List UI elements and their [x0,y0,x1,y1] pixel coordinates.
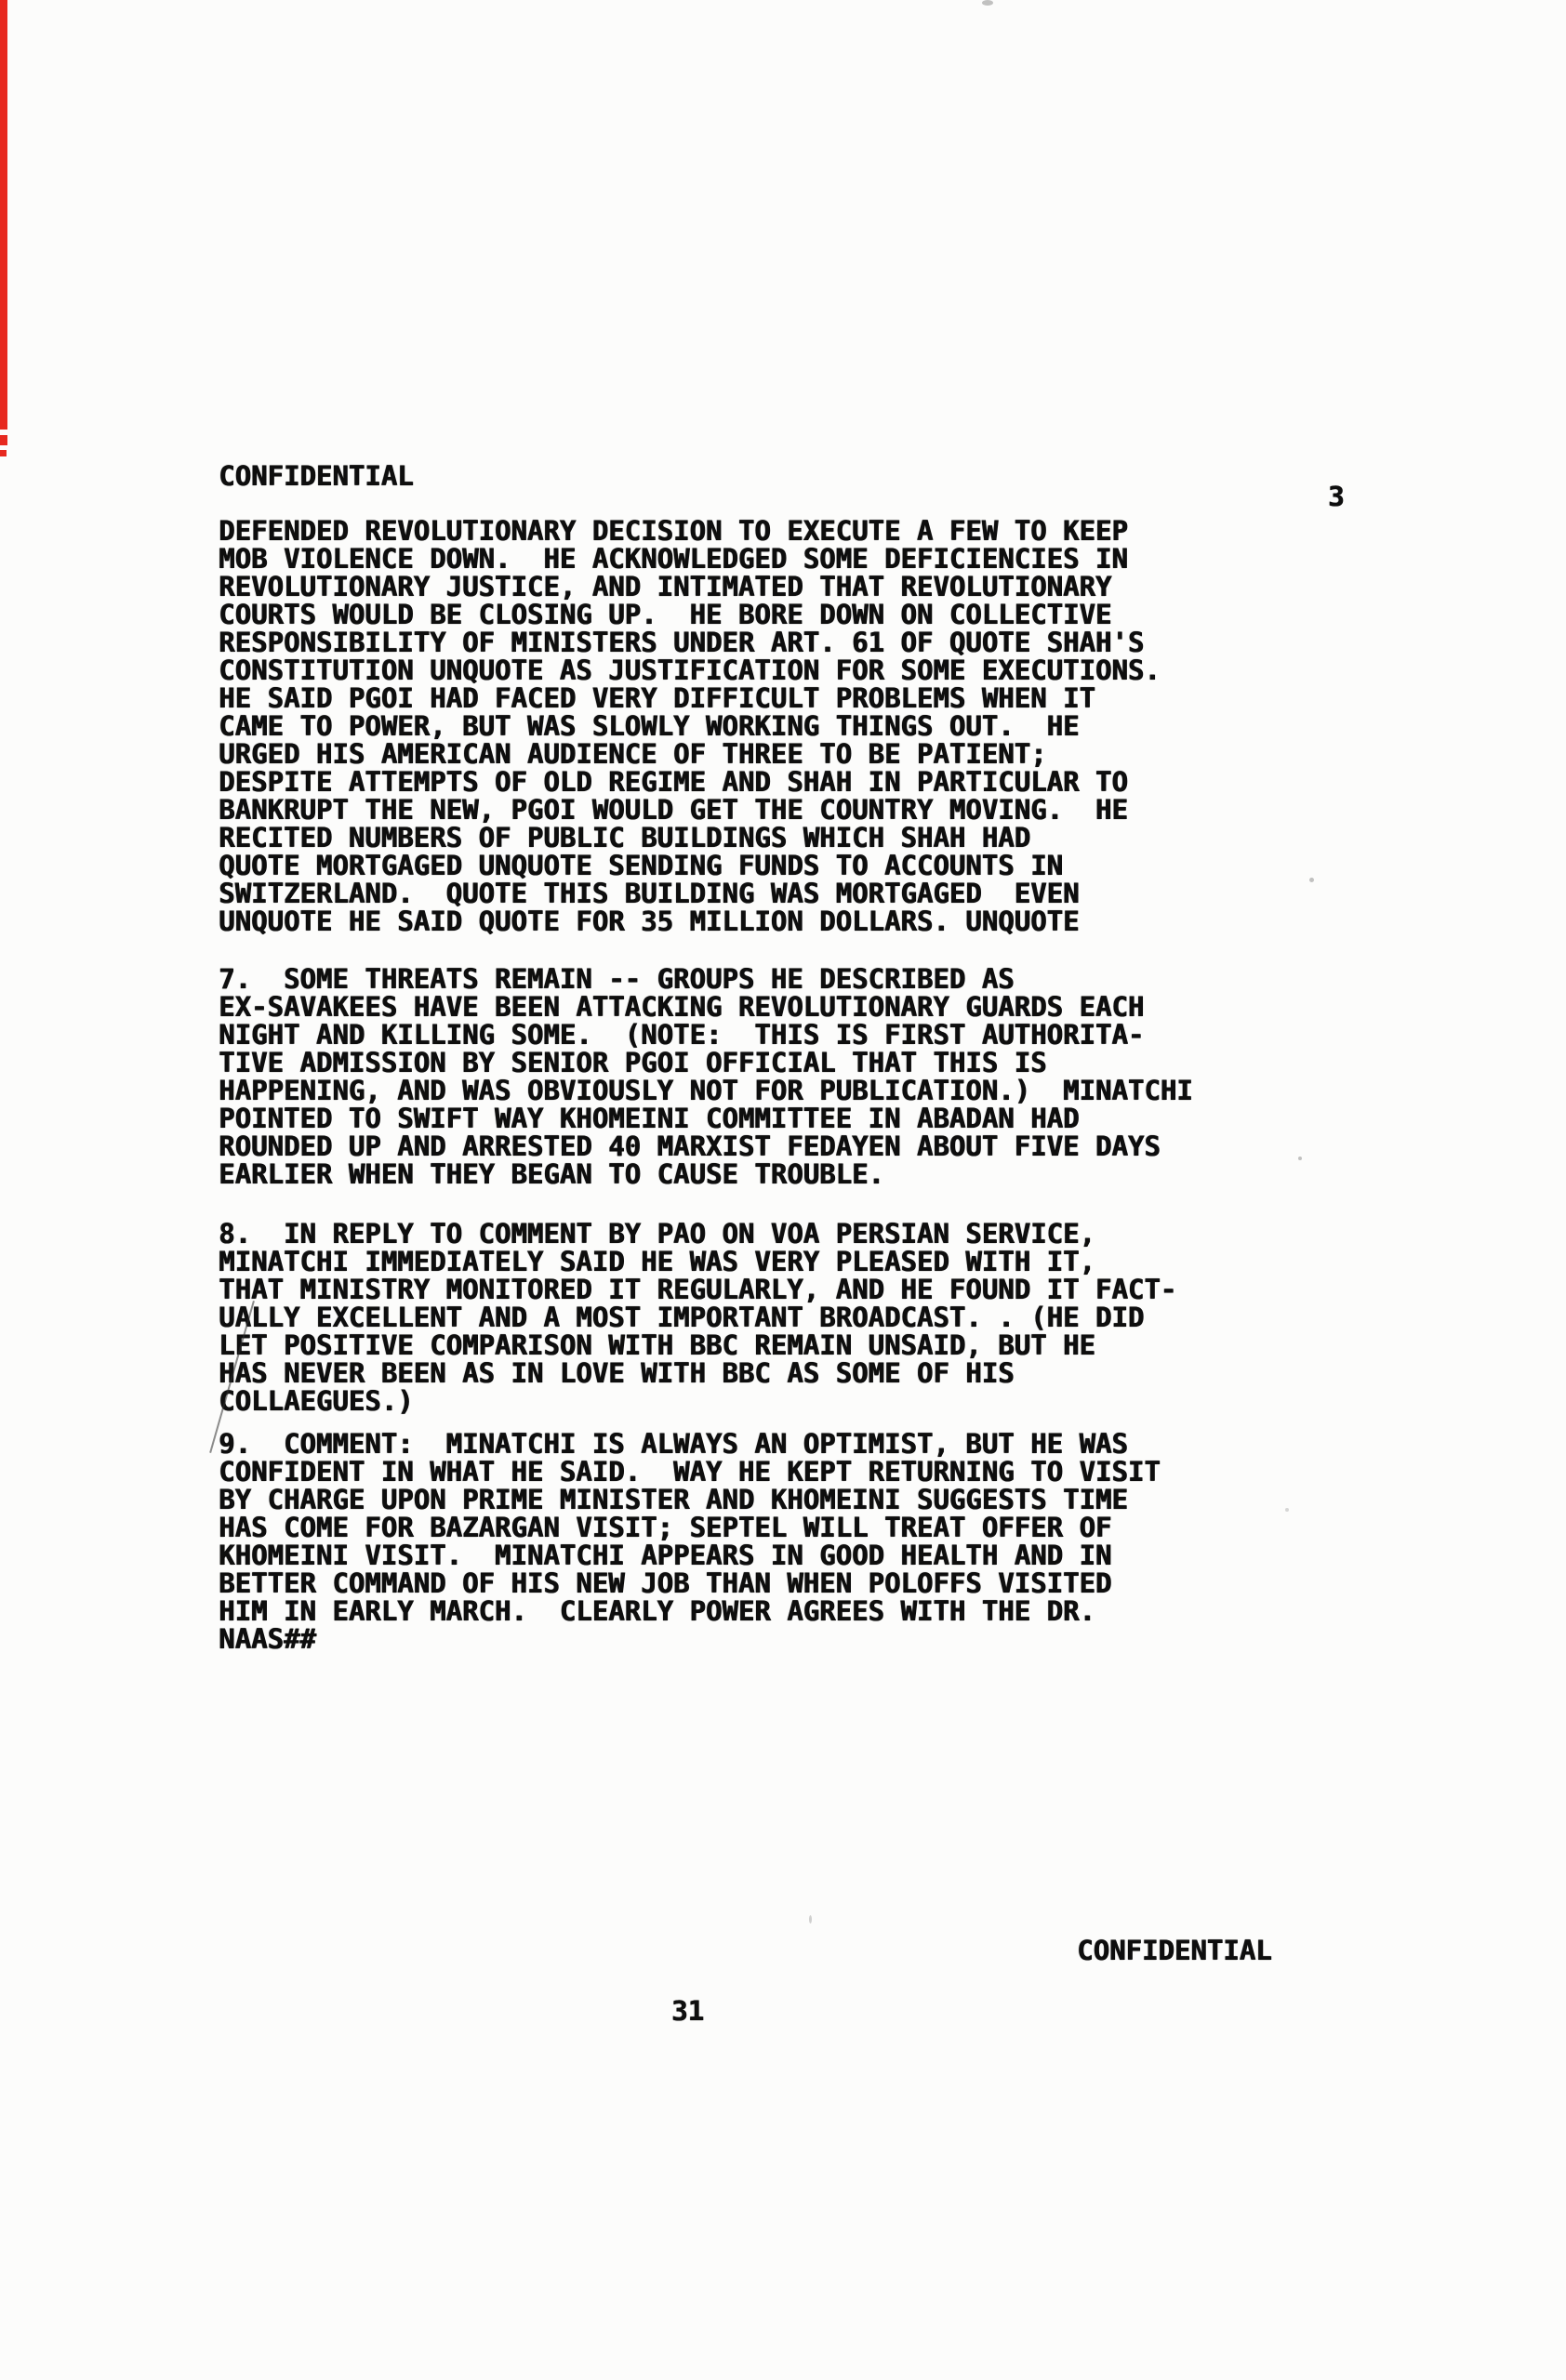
paragraph-7: 7. SOME THREATS REMAIN -- GROUPS HE DESC… [219,965,1193,1188]
paragraph-6-continuation: DEFENDED REVOLUTIONARY DECISION TO EXECU… [219,517,1161,935]
scan-speck [982,0,993,6]
header-page-number: 3 [1328,483,1344,510]
paragraph-9: 9. COMMENT: MINATCHI IS ALWAYS AN OPTIMI… [219,1430,1161,1653]
red-stripe-segment [0,435,7,445]
footer-page-number: 31 [671,1997,704,2025]
scan-speck [1309,878,1314,882]
footer-classification-marking: CONFIDENTIAL [1077,1937,1272,1964]
telegram-scan-page: CONFIDENTIAL 3 DEFENDED REVOLUTIONARY DE… [0,0,1566,2380]
paragraph-8: 8. IN REPLY TO COMMENT BY PAO ON VOA PER… [219,1220,1176,1415]
scan-speck [1285,1508,1289,1512]
scan-speck [809,1915,812,1924]
scan-speck [1298,1157,1302,1160]
header-classification-marking: CONFIDENTIAL [219,462,414,490]
red-stripe-segment [0,450,7,456]
red-stripe-segment [0,0,7,430]
